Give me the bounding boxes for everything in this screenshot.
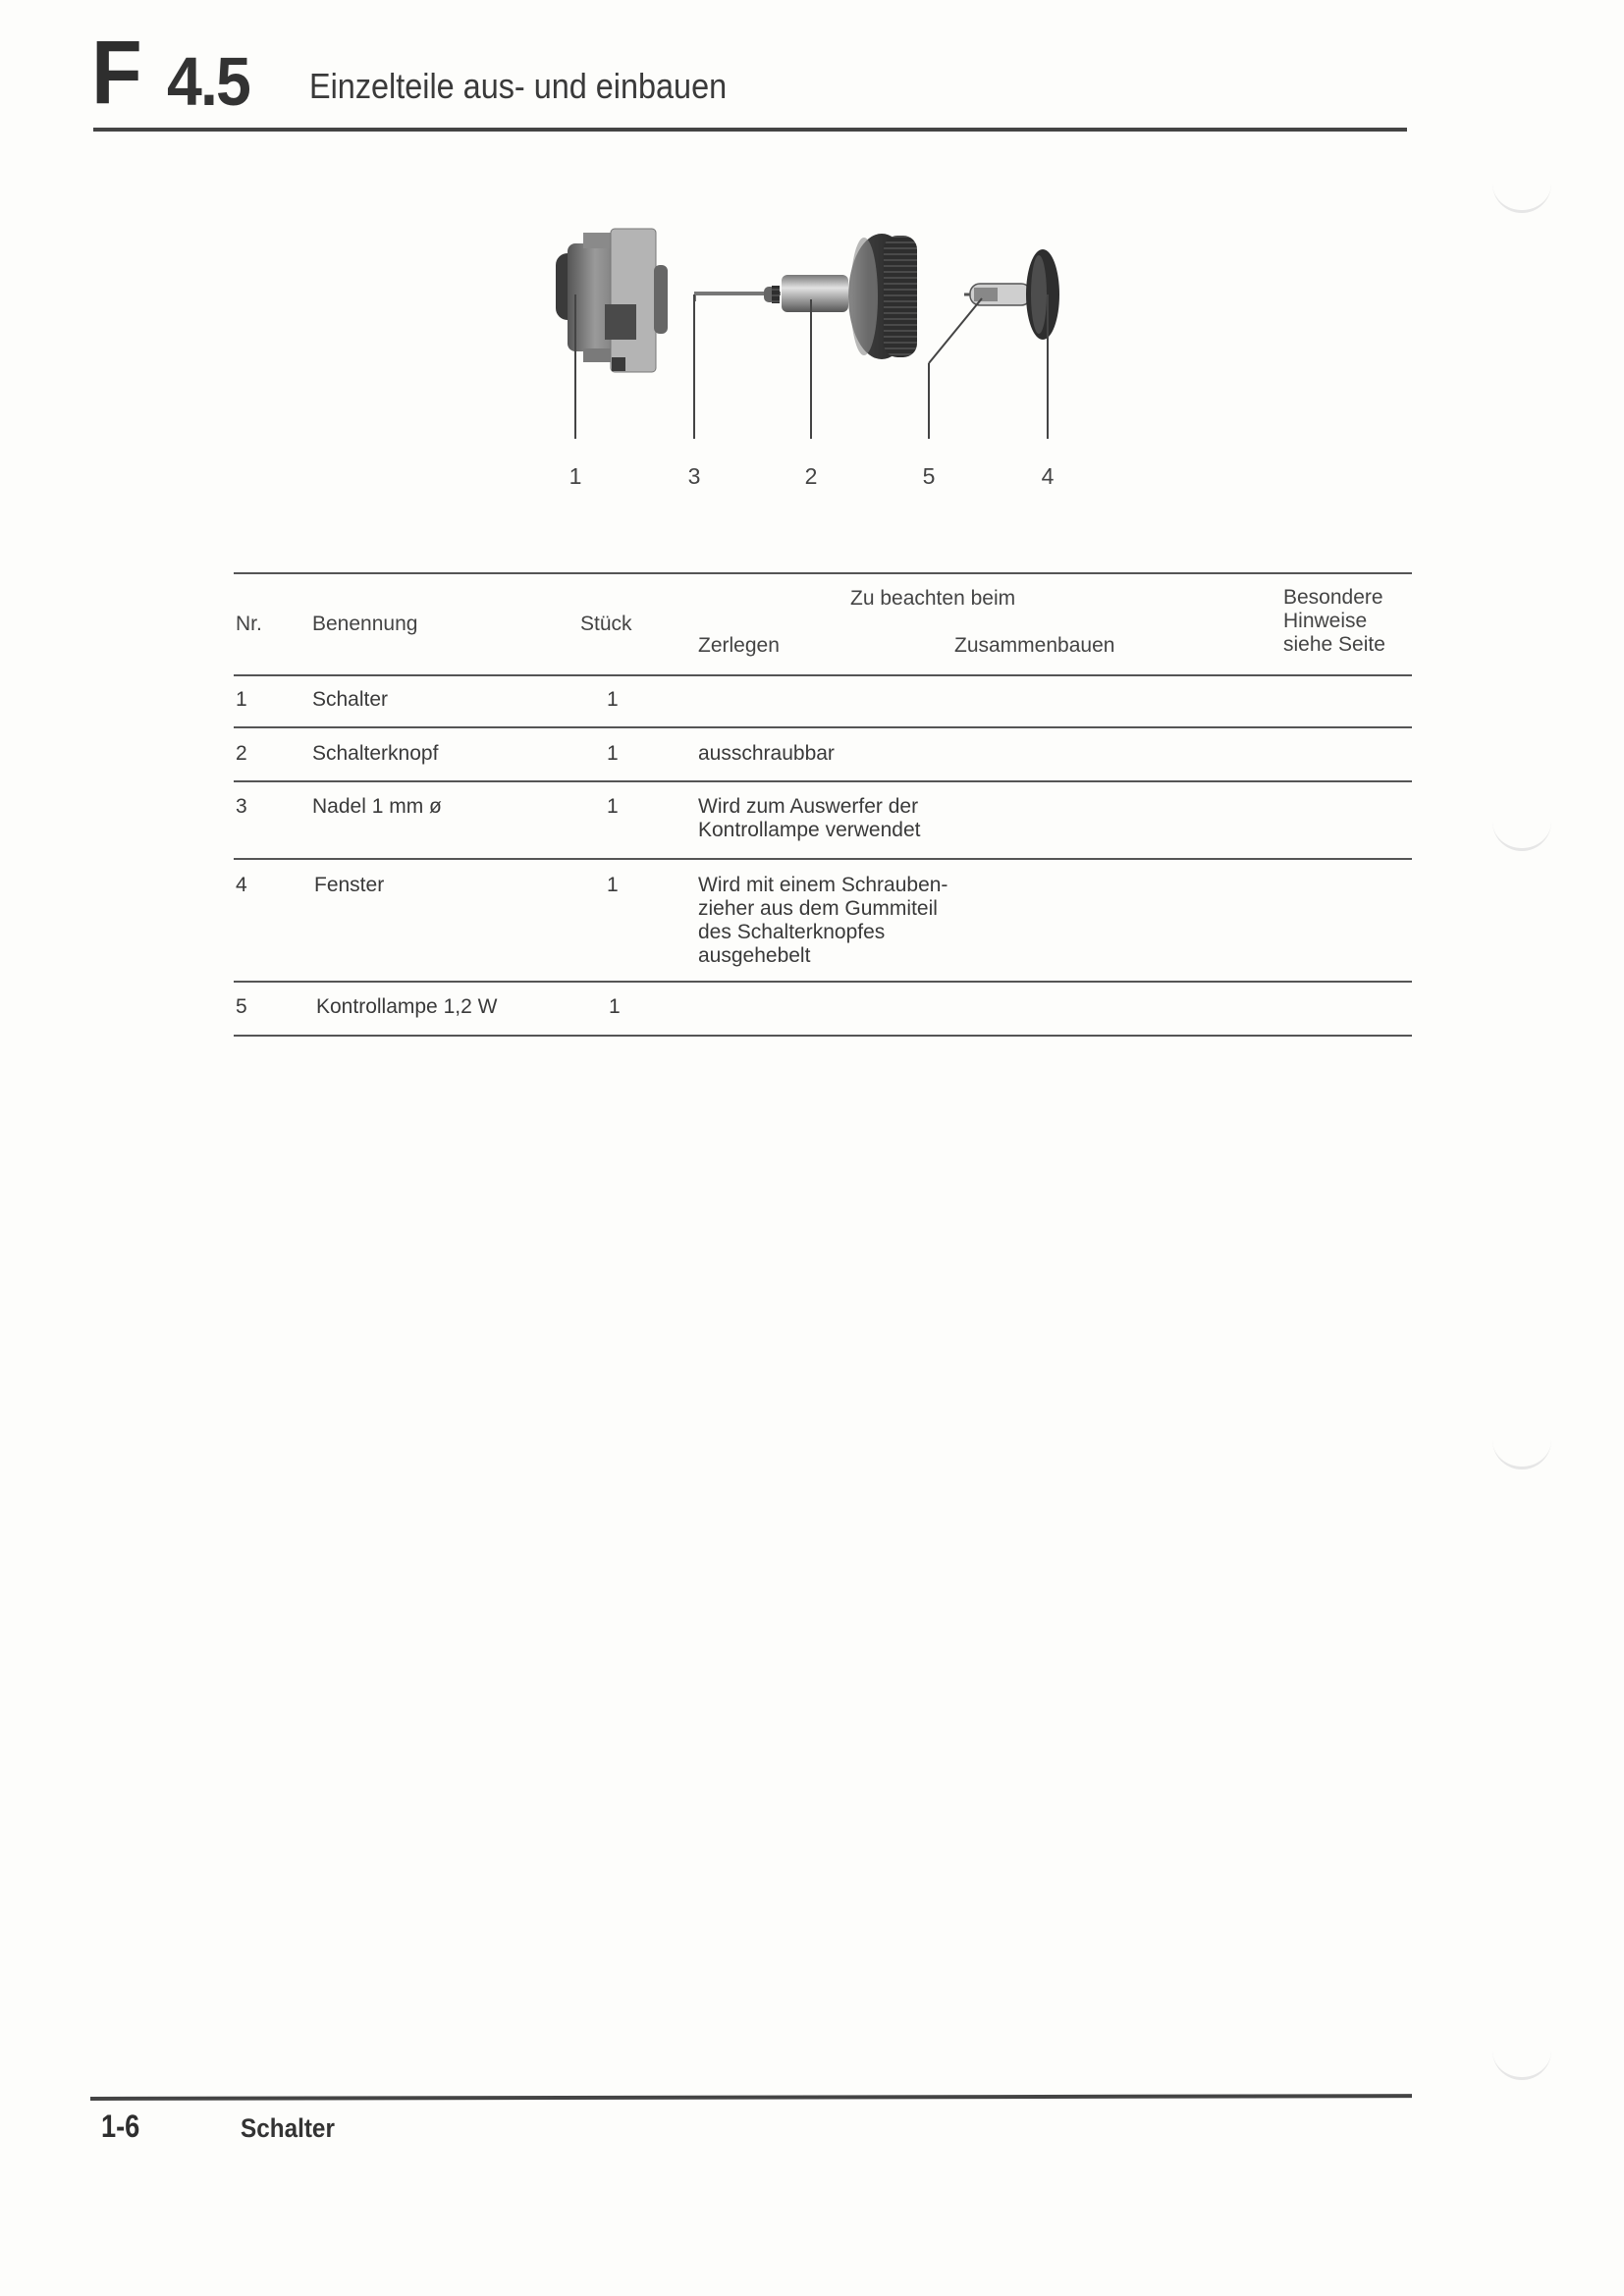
cell-stueck: 1 — [607, 688, 619, 712]
cell-benennung: Fenster — [314, 874, 384, 897]
window-icon — [1026, 249, 1059, 340]
cell-stueck: 1 — [609, 995, 621, 1019]
callout-1: 1 — [561, 463, 590, 490]
row-rule — [234, 858, 1412, 860]
cell-nr: 1 — [236, 688, 247, 712]
footer-section-title: Schalter — [241, 2113, 335, 2144]
cell-benennung: Kontrollampe 1,2 W — [316, 995, 497, 1019]
control-lamp-icon — [964, 284, 1031, 305]
col-header-benennung: Benennung — [312, 613, 417, 636]
cell-nr: 4 — [236, 874, 247, 897]
cell-zerlegen-line: des Schalterknopfes — [698, 921, 947, 944]
cell-benennung: Schalter — [312, 688, 388, 712]
row-rule — [234, 726, 1412, 728]
cell-stueck: 1 — [607, 874, 619, 897]
switch-knob-icon — [764, 234, 917, 359]
cell-zerlegen: Wird mit einem Schrauben- zieher aus dem… — [698, 874, 947, 968]
cell-nr: 3 — [236, 795, 247, 819]
cell-zerlegen-line: Wird zum Auswerfer der — [698, 795, 920, 819]
callout-4: 4 — [1033, 463, 1062, 490]
col-header-zerlegen: Zerlegen — [698, 634, 780, 658]
cell-stueck: 1 — [607, 795, 619, 819]
table-top-rule — [234, 572, 1412, 574]
col-header-zu-beachten: Zu beachten beim — [850, 587, 1015, 611]
cell-nr: 2 — [236, 742, 247, 766]
row-rule — [234, 780, 1412, 782]
cell-nr: 5 — [236, 995, 247, 1019]
col-header-besondere-line: Besondere — [1283, 586, 1385, 610]
callout-2: 2 — [796, 463, 826, 490]
cell-stueck: 1 — [607, 742, 619, 766]
binder-hole-mark — [1492, 1433, 1551, 1469]
cell-benennung: Schalterknopf — [312, 742, 438, 766]
binder-hole-mark — [1492, 2044, 1551, 2080]
cell-zerlegen: ausschraubbar — [698, 742, 835, 766]
col-header-besondere-line: siehe Seite — [1283, 633, 1385, 657]
cell-zerlegen-line: zieher aus dem Gummiteil — [698, 897, 947, 921]
cell-benennung: Nadel 1 mm ø — [312, 795, 442, 819]
col-header-zusammenbauen: Zusammenbauen — [954, 634, 1114, 658]
cell-zerlegen-line: Kontrollampe verwendet — [698, 819, 920, 842]
col-header-besondere-line: Hinweise — [1283, 610, 1385, 633]
cell-zerlegen: Wird zum Auswerfer der Kontrollampe verw… — [698, 795, 920, 842]
callout-5: 5 — [914, 463, 944, 490]
page-number: 1-6 — [101, 2109, 139, 2145]
col-header-stueck: Stück — [580, 613, 632, 636]
table-header-rule — [234, 674, 1412, 676]
row-rule — [234, 981, 1412, 983]
callout-3: 3 — [679, 463, 709, 490]
footer-rule — [90, 2094, 1412, 2101]
binder-hole-mark — [1492, 815, 1551, 851]
table-bottom-rule — [234, 1035, 1412, 1037]
switch-housing-icon — [556, 229, 668, 372]
col-header-besondere: Besondere Hinweise siehe Seite — [1283, 586, 1385, 657]
cell-zerlegen-line: Wird mit einem Schrauben- — [698, 874, 947, 897]
col-header-nr: Nr. — [236, 613, 262, 636]
cell-zerlegen-line: ausgehebelt — [698, 944, 947, 968]
